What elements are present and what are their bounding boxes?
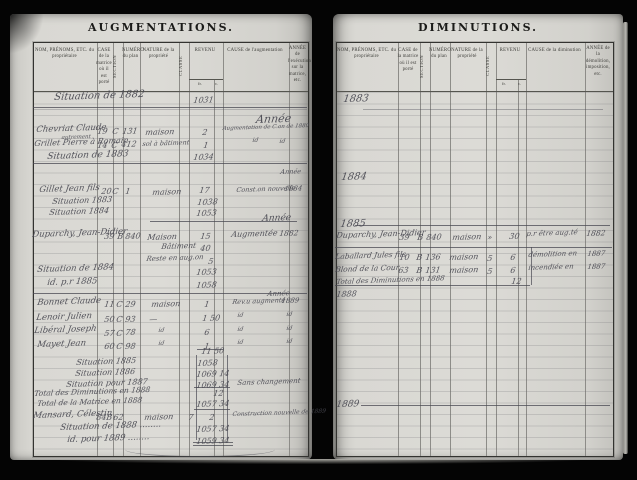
handwritten-entry: 1034 — [193, 152, 215, 162]
handwritten-entry: id — [237, 326, 244, 333]
handwritten-entry: 40 — [200, 244, 211, 253]
handwritten-entry: maison — [452, 232, 482, 242]
handwritten-entry: 1058 — [196, 280, 218, 290]
revenu-sub-c: c. — [215, 81, 218, 86]
ink-rule — [335, 285, 530, 286]
handwritten-entry: 840 — [125, 231, 142, 241]
header-revenu: REVENU — [188, 42, 222, 76]
handwritten-entry: id — [286, 325, 293, 332]
handwritten-entry: id — [158, 340, 165, 347]
header-case: CASE de la matrice où il est porté — [96, 42, 112, 90]
revenu-sub-line — [189, 79, 223, 80]
handwritten-entry: Année — [262, 213, 292, 224]
header-case: CASE de la matrice où il est porté — [397, 42, 419, 90]
handwritten-entry: Mayet Jean — [37, 338, 87, 350]
handwritten-entry: B — [117, 232, 124, 241]
handwritten-entry: maison — [449, 252, 479, 262]
handwritten-entry: C — [116, 315, 123, 324]
page-stack-edge — [623, 22, 628, 454]
handwritten-entry: id — [279, 138, 286, 145]
page-title-augmentations: AUGMENTATIONS. — [10, 21, 312, 34]
handwritten-entry: B — [416, 253, 423, 262]
ink-rule — [33, 163, 307, 164]
handwritten-entry: 1057 34 — [196, 399, 230, 409]
handwritten-entry: B — [416, 266, 423, 275]
handwritten-entry: 1888 — [336, 289, 358, 299]
handwritten-entry: 39 — [104, 232, 115, 241]
revenu-sub-line — [496, 79, 526, 80]
handwritten-entry: 30 — [509, 232, 520, 241]
header-classe: CLASSE — [485, 46, 495, 86]
handwritten-entry: id — [286, 338, 293, 345]
ink-rule — [33, 293, 307, 294]
handwritten-entry: C — [116, 329, 123, 338]
handwritten-entry: id — [237, 339, 244, 346]
handwritten-entry: C — [112, 127, 119, 136]
handwritten-entry: 1069 14 — [196, 369, 230, 379]
handwritten-entry: 1882 — [279, 228, 299, 238]
handwritten-entry: 63 — [398, 266, 409, 275]
revenu-sub-fr: fr. — [502, 81, 506, 86]
handwritten-entry: C — [116, 300, 123, 309]
page-bottom-edge — [60, 459, 580, 464]
handwritten-entry: 15 — [200, 232, 211, 241]
handwritten-entry: Lenoir Julien — [36, 311, 93, 323]
handwritten-entry: 1038 — [197, 197, 219, 207]
revenu-sub-fr: fr. — [198, 81, 202, 86]
header-numero: NUMÉRO du plan — [122, 42, 139, 90]
handwritten-entry: incendiée en — [528, 262, 574, 272]
handwritten-entry: 1884 — [284, 184, 303, 193]
handwritten-entry: 12 — [213, 389, 224, 398]
handwritten-entry: 1887 — [587, 249, 606, 258]
handwritten-entry: 10 — [399, 253, 410, 262]
handwritten-entry: 14 — [97, 141, 108, 150]
handwritten-entry: 1053 — [196, 208, 218, 218]
handwritten-entry: maison — [449, 265, 479, 275]
handwritten-entry: 840 — [426, 232, 443, 242]
handwritten-entry: 131 — [122, 126, 139, 136]
handwritten-entry: 1069 34 — [196, 380, 230, 390]
ink-rule — [33, 107, 307, 108]
header-nature: NATURE de la propriété — [139, 42, 178, 90]
handwritten-entry: 93 — [125, 315, 136, 324]
handwritten-entry: id — [286, 311, 293, 318]
handwritten-entry: 19 — [97, 127, 108, 136]
header-nom: NOM, PRÉNOMS, ETC. du propriétaire — [336, 42, 397, 90]
revenu-sub-c: c. — [518, 81, 521, 86]
handwritten-entry: 1885 — [339, 218, 366, 230]
header-annee: ANNÉE de l'exécution sur la matrice, etc… — [288, 42, 307, 90]
handwritten-entry: C — [112, 187, 119, 196]
handwritten-entry: id — [237, 312, 244, 319]
header-cause: CAUSE de l'augmentation — [222, 42, 288, 90]
header-revenu: REVENU — [495, 42, 525, 76]
ink-rule — [194, 409, 230, 410]
header-classe: CLASSE — [178, 46, 188, 86]
header-numero: NUMÉRO du plan — [429, 42, 449, 90]
handwritten-entry: 1059 34 — [196, 436, 230, 446]
handwritten-entry: 78 — [125, 328, 136, 337]
page-diminutions: DIMINUTIONS. NOM, PRÉNOMS, ETC. du propr… — [333, 14, 623, 460]
handwritten-entry: Augmentée — [231, 228, 278, 239]
handwritten-entry: 136 — [425, 252, 442, 262]
handwritten-entry: 50 — [104, 315, 115, 324]
handwritten-entry: maison — [152, 187, 182, 197]
handwritten-entry: 1884 — [340, 171, 367, 183]
handwritten-entry: — — [149, 315, 158, 324]
handwritten-entry: C — [116, 342, 123, 351]
ink-rule — [361, 405, 610, 406]
handwritten-entry: 98 — [125, 342, 136, 351]
handwritten-entry: Année — [280, 167, 302, 176]
handwritten-entry: 17 — [199, 186, 210, 195]
handwritten-entry: maison — [145, 127, 175, 137]
handwritten-entry: 1883 — [342, 93, 369, 105]
handwritten-entry: 1031 — [193, 95, 215, 105]
ink-rule — [33, 109, 307, 110]
handwritten-entry: 60 — [104, 342, 115, 351]
handwritten-entry: id. p.r 1885 — [47, 276, 98, 288]
handwritten-entry: Bâtiment — [161, 241, 197, 251]
scanned-ledger: AUGMENTATIONS. NOM, PRÉNOMS, ETC. du pro… — [0, 0, 637, 480]
handwritten-entry: 1058 — [197, 358, 219, 368]
header-section: SECTION — [419, 46, 429, 86]
handwritten-entry: 11 — [104, 300, 115, 309]
handwritten-entry: 12 — [511, 277, 522, 286]
ink-rule — [335, 247, 612, 248]
ink-rule — [363, 109, 603, 110]
handwritten-entry: 1889 — [281, 296, 300, 305]
header-nom: NOM, PRÉNOMS, ETC. du propriétaire — [33, 42, 96, 90]
handwritten-entry: 1889 — [336, 399, 360, 410]
handwritten-entry: id — [158, 327, 165, 334]
header-annee: ANNÉE de la démolition, imposition, etc. — [584, 42, 612, 90]
handwritten-entry: 1057 34 — [196, 424, 230, 434]
page-augmentations: AUGMENTATIONS. NOM, PRÉNOMS, ETC. du pro… — [10, 14, 312, 460]
ink-rule — [355, 225, 610, 226]
handwritten-entry: sol à bâtiment — [142, 138, 190, 148]
handwritten-entry: 1053 — [196, 267, 218, 277]
handwritten-entry: id — [252, 137, 259, 144]
header-nature: NATURE de la propriété — [449, 42, 485, 90]
header-cause: CAUSE de la diminution — [525, 42, 584, 90]
handwritten-entry: 1 50 — [202, 313, 221, 323]
handwritten-entry: 1882 — [586, 228, 606, 238]
handwritten-entry: 29 — [125, 300, 136, 309]
handwritten-entry: 11 50 — [201, 346, 225, 356]
handwritten-entry: 39 — [399, 233, 410, 242]
handwritten-entry: maison — [151, 299, 181, 309]
handwritten-entry: 1887 — [587, 262, 606, 271]
header-section: SECTION — [112, 46, 122, 86]
page-title-diminutions: DIMINUTIONS. — [333, 21, 623, 34]
handwritten-entry: Maison — [147, 232, 178, 242]
handwritten-entry: 412 — [121, 139, 138, 149]
handwritten-entry: 57 — [104, 329, 115, 338]
handwritten-entry: B — [417, 233, 424, 242]
